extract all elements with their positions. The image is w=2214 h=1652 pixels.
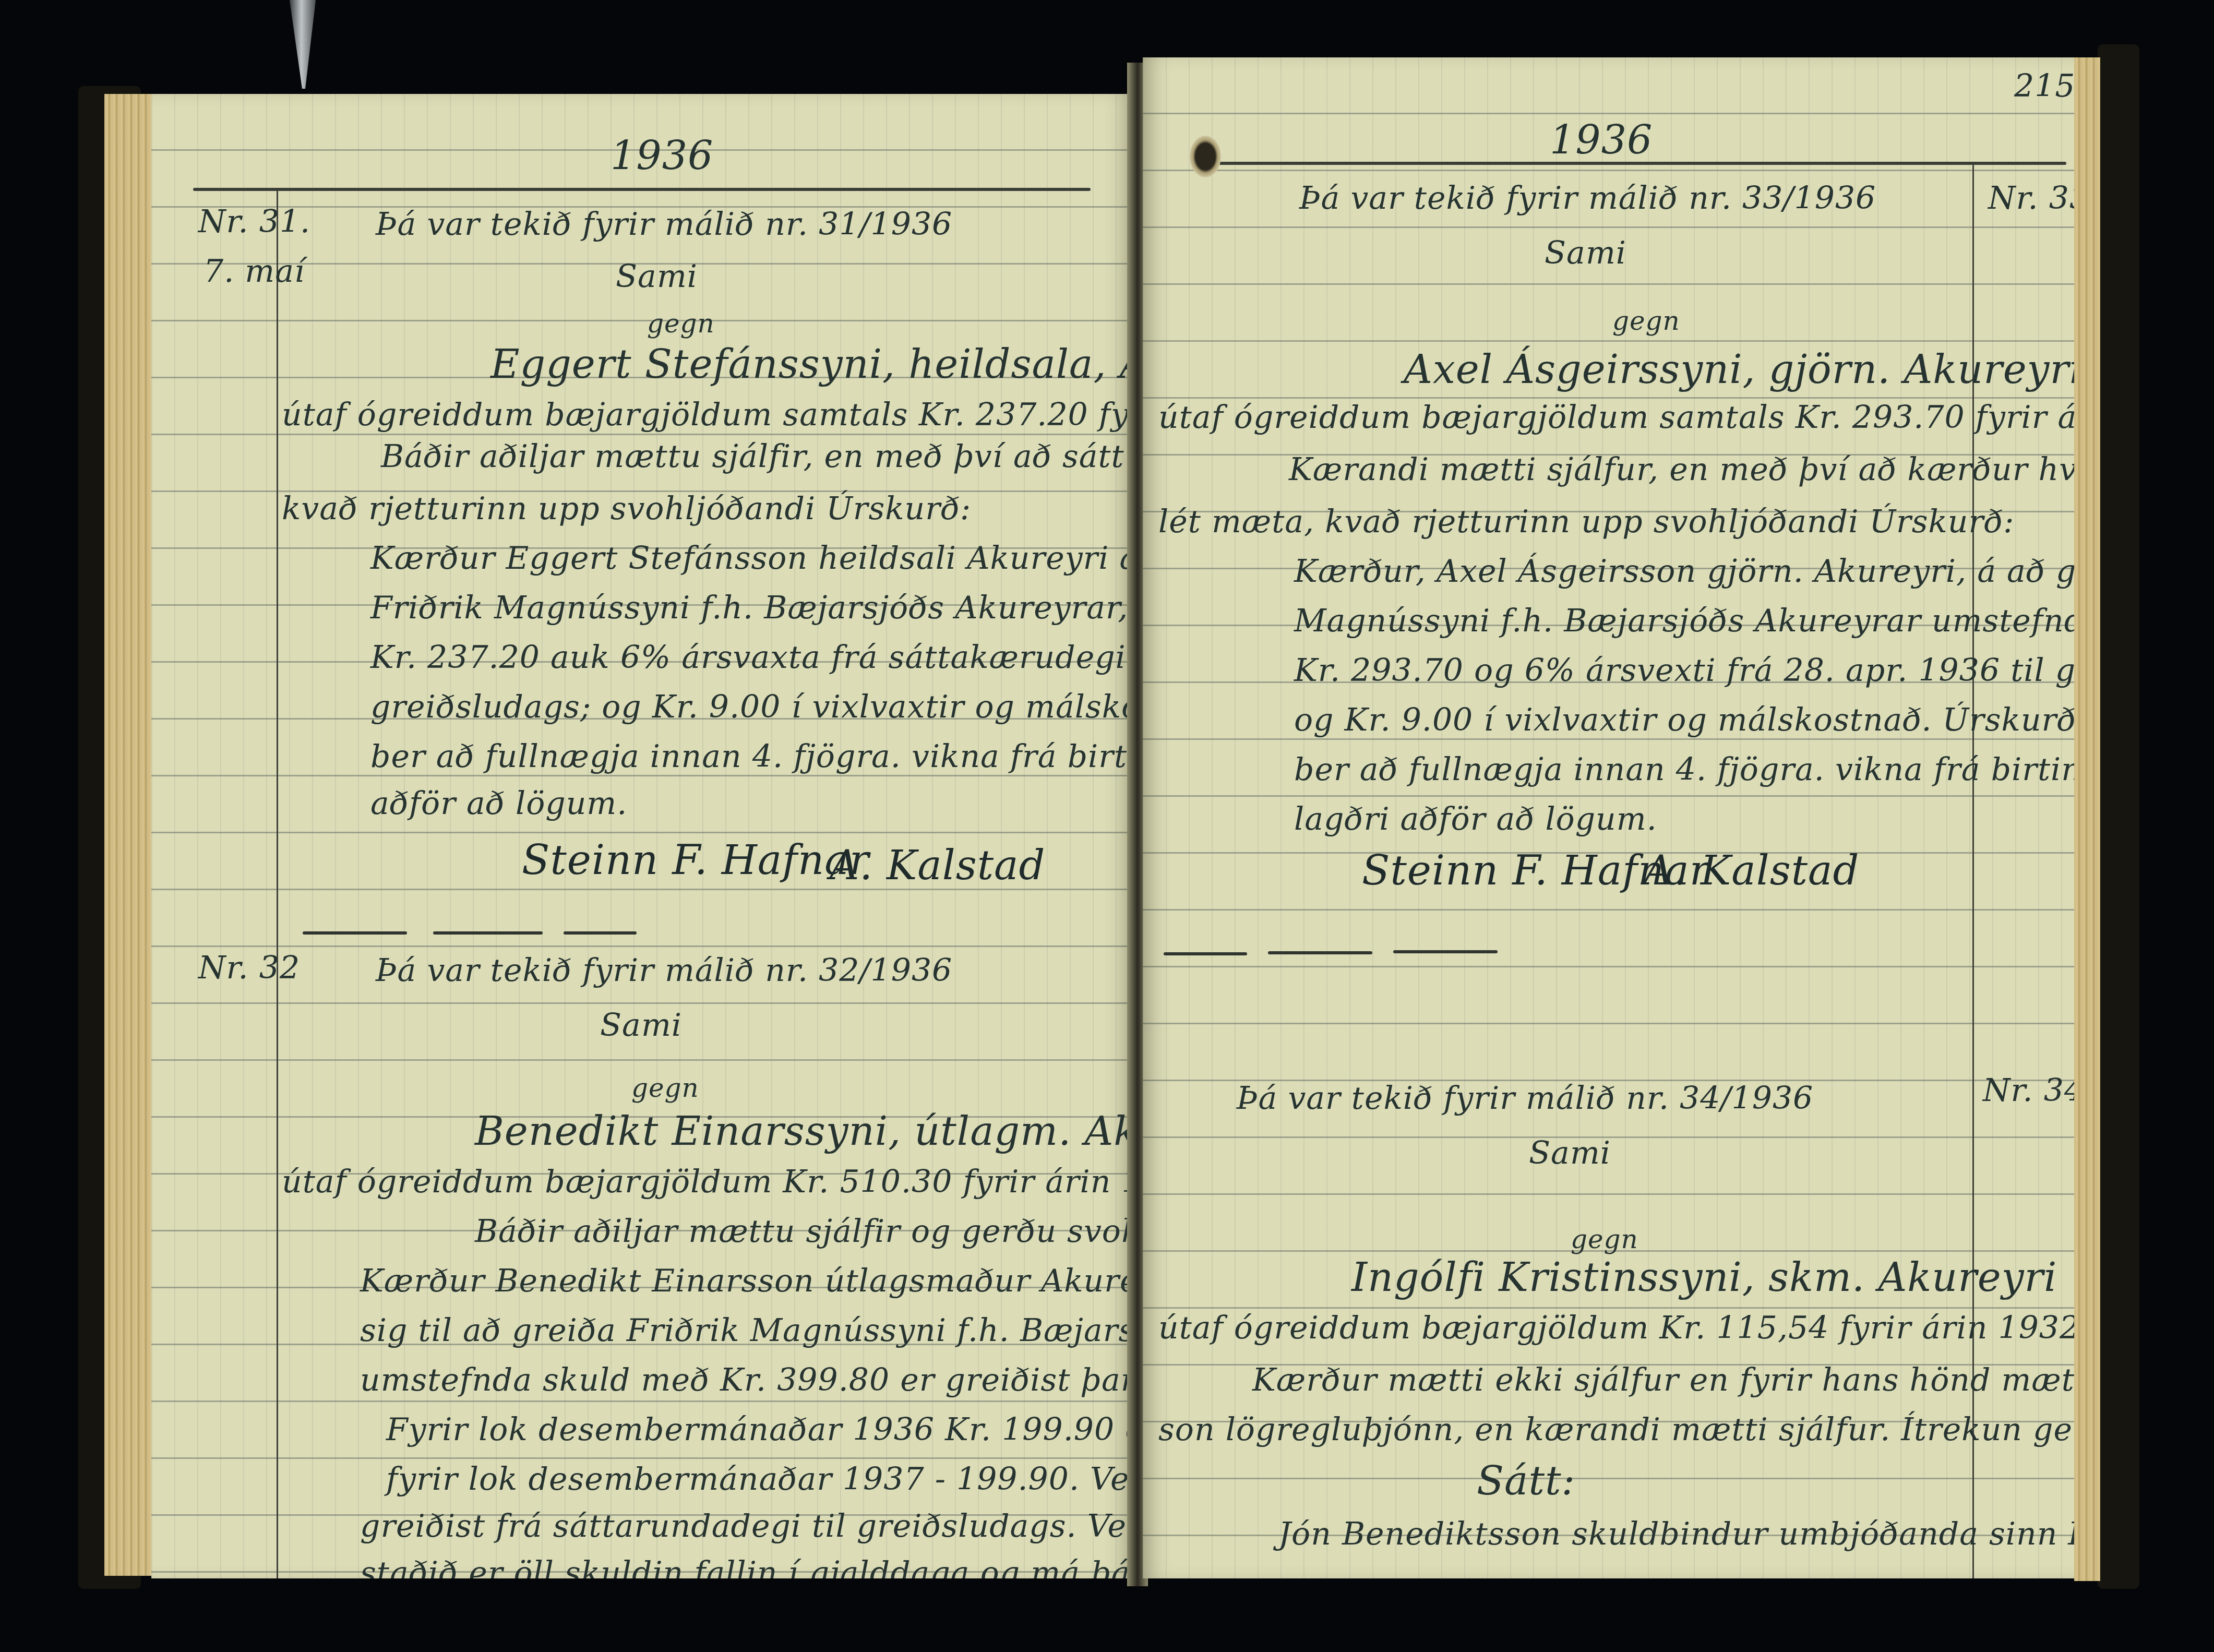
body-line: Kærður, Axel Ásgeirsson gjörn. Akureyri,… — [1294, 556, 2074, 587]
versus: gegn — [647, 310, 715, 337]
entry-separator — [303, 931, 407, 935]
body-line: Kærður Eggert Stefánsson heildsali Akure… — [370, 543, 1132, 574]
defendant: Eggert Stefánssyni, heildsala, Akureyri: — [490, 344, 1132, 384]
entry-separator — [433, 931, 543, 935]
versus: gegn — [1612, 308, 1680, 334]
body-line: greiðsludags; og Kr. 9.00 í vixlvaxtir o… — [370, 691, 1132, 723]
body-line: Magnússyni f.h. Bæjarsjóðs Akureyrar ums… — [1294, 605, 2074, 637]
punch-hole — [1190, 136, 1221, 177]
body-line: ber að fullnægja innan 4. fjögra. vikna … — [370, 741, 1132, 772]
versus: gegn — [1571, 1226, 1638, 1252]
signature: Steinn F. Hafnar — [522, 840, 869, 881]
year-header: 1936 — [611, 136, 713, 175]
body-line: umstefnda skuld með Kr. 399.80 er greiði… — [360, 1364, 1132, 1396]
entry-separator — [1393, 950, 1498, 953]
entry-separator — [1268, 951, 1372, 954]
page-edges-right — [2074, 57, 2100, 1581]
defendant: Axel Ásgeirssyni, gjörn. Akureyri — [1404, 350, 2074, 389]
body-line: son lögregluþjónn, en kærandi mætti sjál… — [1158, 1414, 2074, 1445]
entry-heading: Þá var tekið fyrir málið nr. 34/1936 — [1237, 1083, 1813, 1114]
body-line: Kr. 293.70 og 6% ársvexti frá 28. apr. 1… — [1294, 655, 2074, 686]
body-line: og Kr. 9.00 í vixlvaxtir og málskostnað.… — [1294, 704, 2074, 736]
entry-heading: Þá var tekið fyrir málið nr. 31/1936 — [376, 209, 952, 240]
plaintiff: Sami — [1529, 1138, 1611, 1169]
right-page: 1936 215 Nr. 33. Þá var tekið fyrir máli… — [1143, 57, 2074, 1578]
body-line: Báðir aðiljar mættu sjálfir og gerðu svo… — [475, 1216, 1132, 1247]
body-line: greiðist frá sáttarundadegi til greiðslu… — [360, 1511, 1132, 1542]
body-line: útaf ógreiddum bæjargjöldum samtals Kr. … — [282, 399, 1132, 430]
body-line: kvað rjetturinn upp svohljóðandi Úrskurð… — [282, 493, 971, 524]
left-page: 1936 Nr. 31. 7. maí Þá var tekið fyrir m… — [151, 94, 1132, 1578]
body-line: Fyrir lok desembermánaðar 1936 Kr. 199.9… — [386, 1414, 1132, 1445]
book-cover-right — [2098, 44, 2139, 1589]
body-line: Kærður Benedikt Einarsson útlagsmaður Ak… — [360, 1265, 1132, 1297]
body-line: útaf ógreiddum bæjargjöldum samtals Kr. … — [1158, 402, 2074, 433]
plaintiff: Sami — [616, 261, 698, 292]
signature: A. Kalstad — [1644, 851, 1859, 891]
margin-number: Nr. 32 — [198, 952, 300, 984]
settlement-label: Sátt: — [1477, 1461, 1575, 1501]
letter-opener-tool — [290, 0, 316, 89]
entry-heading: Þá var tekið fyrir málið nr. 32/1936 — [376, 955, 952, 986]
header-rule — [193, 188, 1091, 191]
body-line: lét mæta, kvað rjetturinn upp svohljóðan… — [1158, 506, 2014, 537]
margin-number: Nr. 34. — [1983, 1075, 2074, 1106]
body-line: Báðir aðiljar mættu sjálfir, en með því … — [381, 441, 1132, 472]
body-line: útaf ógreiddum bæjargjöldum Kr. 115,54 f… — [1158, 1312, 2074, 1344]
entry-separator — [1164, 952, 1247, 955]
plaintiff: Sami — [600, 1010, 682, 1041]
signature: A. Kalstad — [830, 845, 1045, 886]
body-line: Kærandi mætti sjálfur, en með því að kær… — [1289, 454, 2074, 485]
entry-heading: Þá var tekið fyrir málið nr. 33/1936 — [1299, 183, 1876, 214]
body-line: ber að fullnægja innan 4. fjögra. vikna … — [1294, 754, 2074, 785]
body-line: Friðrik Magnússyni f.h. Bæjarsjóðs Akure… — [370, 592, 1132, 624]
body-line: fyrir lok desembermánaðar 1937 - 199.90.… — [386, 1464, 1132, 1495]
defendant: Ingólfi Kristinssyni, skm. Akureyri — [1351, 1258, 2057, 1297]
page-number: 215 — [2014, 70, 2074, 102]
margin-date: 7. maí — [204, 256, 305, 287]
body-line: staðið er öll skuldin fallin í gjalddaga… — [360, 1558, 1132, 1578]
body-line: útaf ógreiddum bæjargjöldum Kr. 510.30 f… — [282, 1166, 1132, 1198]
body-line: Jón Benediktsson skuldbindur umbjóðanda … — [1278, 1518, 2074, 1550]
year-header: 1936 — [1550, 120, 1653, 160]
margin-number: Nr. 33. — [1988, 183, 2074, 214]
margin-column-line — [277, 190, 278, 1578]
defendant: Benedikt Einarssyni, útlagm. Akureyri: — [475, 1111, 1132, 1151]
page-edges-left — [104, 94, 151, 1576]
margin-number: Nr. 31. — [198, 206, 310, 237]
body-line: lagðri aðför að lögum. — [1294, 804, 1657, 835]
entry-separator — [564, 931, 637, 935]
body-line: aðför að lögum. — [370, 788, 627, 819]
versus: gegn — [631, 1075, 699, 1101]
plaintiff: Sami — [1545, 237, 1626, 269]
body-line: Kr. 237.20 auk 6% ársvaxta frá sáttakæru… — [370, 642, 1132, 673]
body-line: sig til að greiða Friðrik Magnússyni f.h… — [360, 1315, 1132, 1346]
body-line: Kærður mætti ekki sjálfur en fyrir hans … — [1252, 1364, 2074, 1396]
